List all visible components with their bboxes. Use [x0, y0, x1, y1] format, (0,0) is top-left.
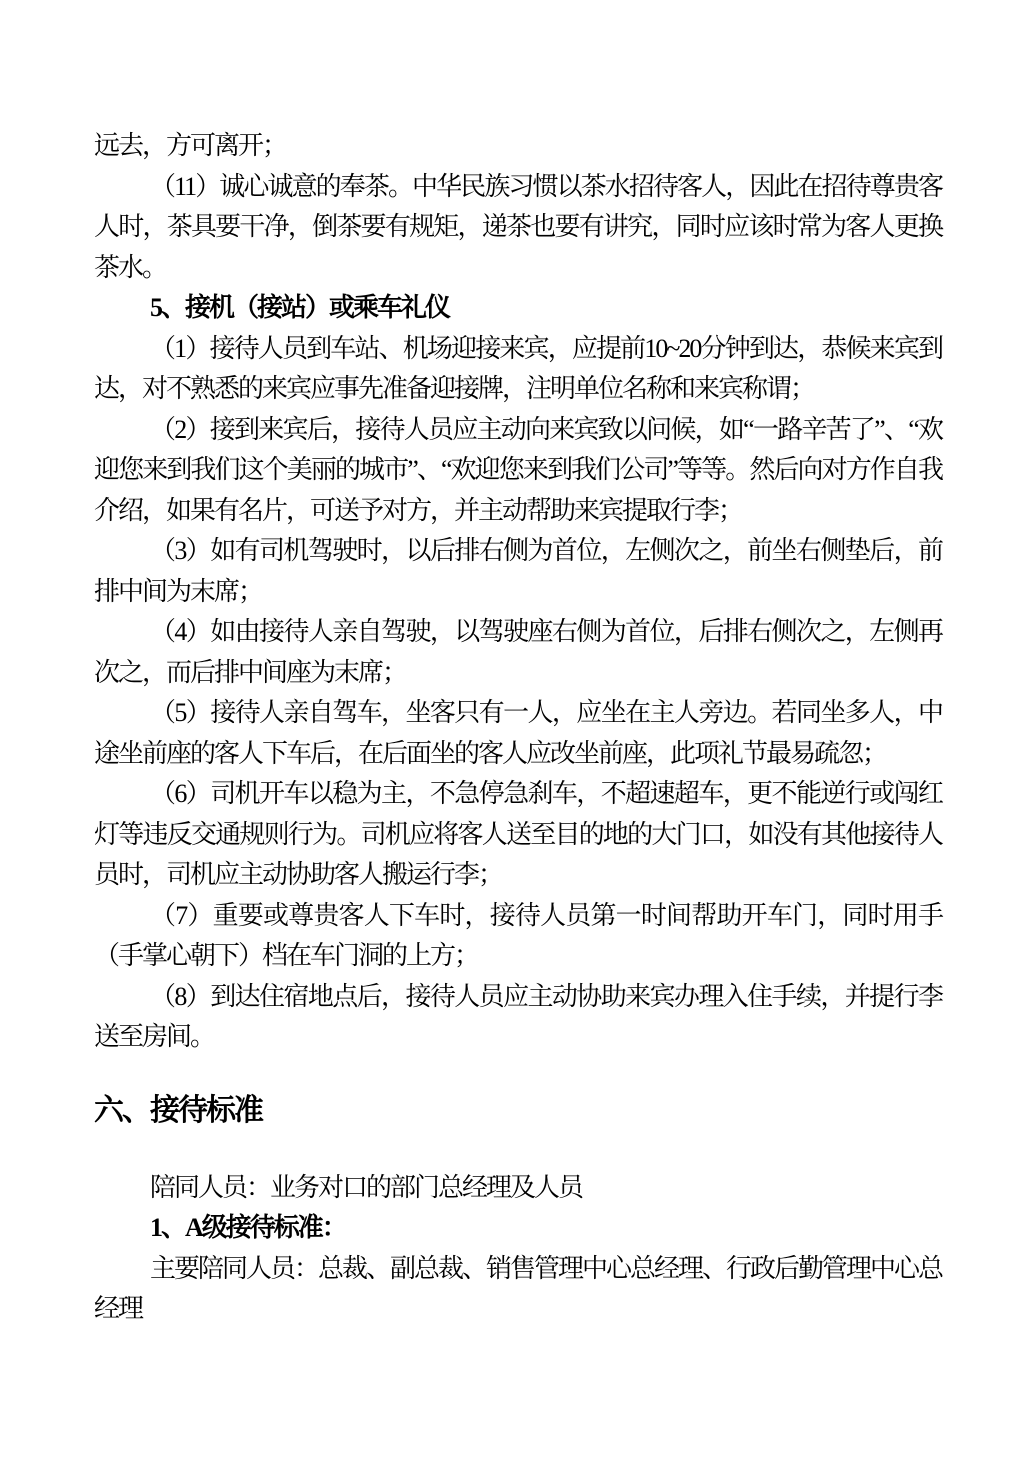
- paragraph-continuation: 远去，方可离开；: [94, 126, 942, 167]
- paragraph-tea-serving: （11）诚心诚意的奉茶。中华民族习惯以茶水招待客人，因此在招待尊贵客人时，茶具要…: [94, 167, 942, 289]
- pickup-item-1: （1）接待人员到车站、机场迎接来宾，应提前10~20分钟到达，恭候来宾到达，对不…: [94, 329, 942, 410]
- pickup-item-3: （3）如有司机驾驶时，以后排右侧为首位，左侧次之，前坐右侧垫后，前排中间为末席；: [94, 531, 942, 612]
- pickup-item-8: （8）到达住宿地点后，接待人员应主动协助来宾办理入住手续，并提行李送至房间。: [94, 977, 942, 1058]
- document-page: 远去，方可离开； （11）诚心诚意的奉茶。中华民族习惯以茶水招待客人，因此在招待…: [0, 0, 1036, 1465]
- pickup-item-6: （6）司机开车以稳为主，不急停急刹车，不超速超车，更不能逆行或闯红灯等违反交通规…: [94, 774, 942, 896]
- pickup-item-2: （2）接到来宾后，接待人员应主动向来宾致以问候，如“一路辛苦了”、“欢迎您来到我…: [94, 410, 942, 532]
- paragraph-a-level-personnel: 主要陪同人员：总裁、副总裁、销售管理中心总经理、行政后勤管理中心总经理: [94, 1249, 942, 1330]
- section-heading-reception-standards: 六、接待标准: [94, 1088, 942, 1134]
- paragraph-accompanying-personnel: 陪同人员：业务对口的部门总经理及人员: [94, 1168, 942, 1209]
- subsection-heading-a-level-standard: 1、A级接待标准：: [94, 1208, 942, 1249]
- pickup-item-4: （4）如由接待人亲自驾驶，以驾驶座右侧为首位，后排右侧次之，左侧再次之，而后排中…: [94, 612, 942, 693]
- section-heading-pickup-etiquette: 5、接机（接站）或乘车礼仪: [94, 288, 942, 329]
- pickup-item-5: （5）接待人亲自驾车，坐客只有一人，应坐在主人旁边。若同坐多人，中途坐前座的客人…: [94, 693, 942, 774]
- pickup-item-7: （7）重要或尊贵客人下车时，接待人员第一时间帮助开车门，同时用手（手掌心朝下）档…: [94, 896, 942, 977]
